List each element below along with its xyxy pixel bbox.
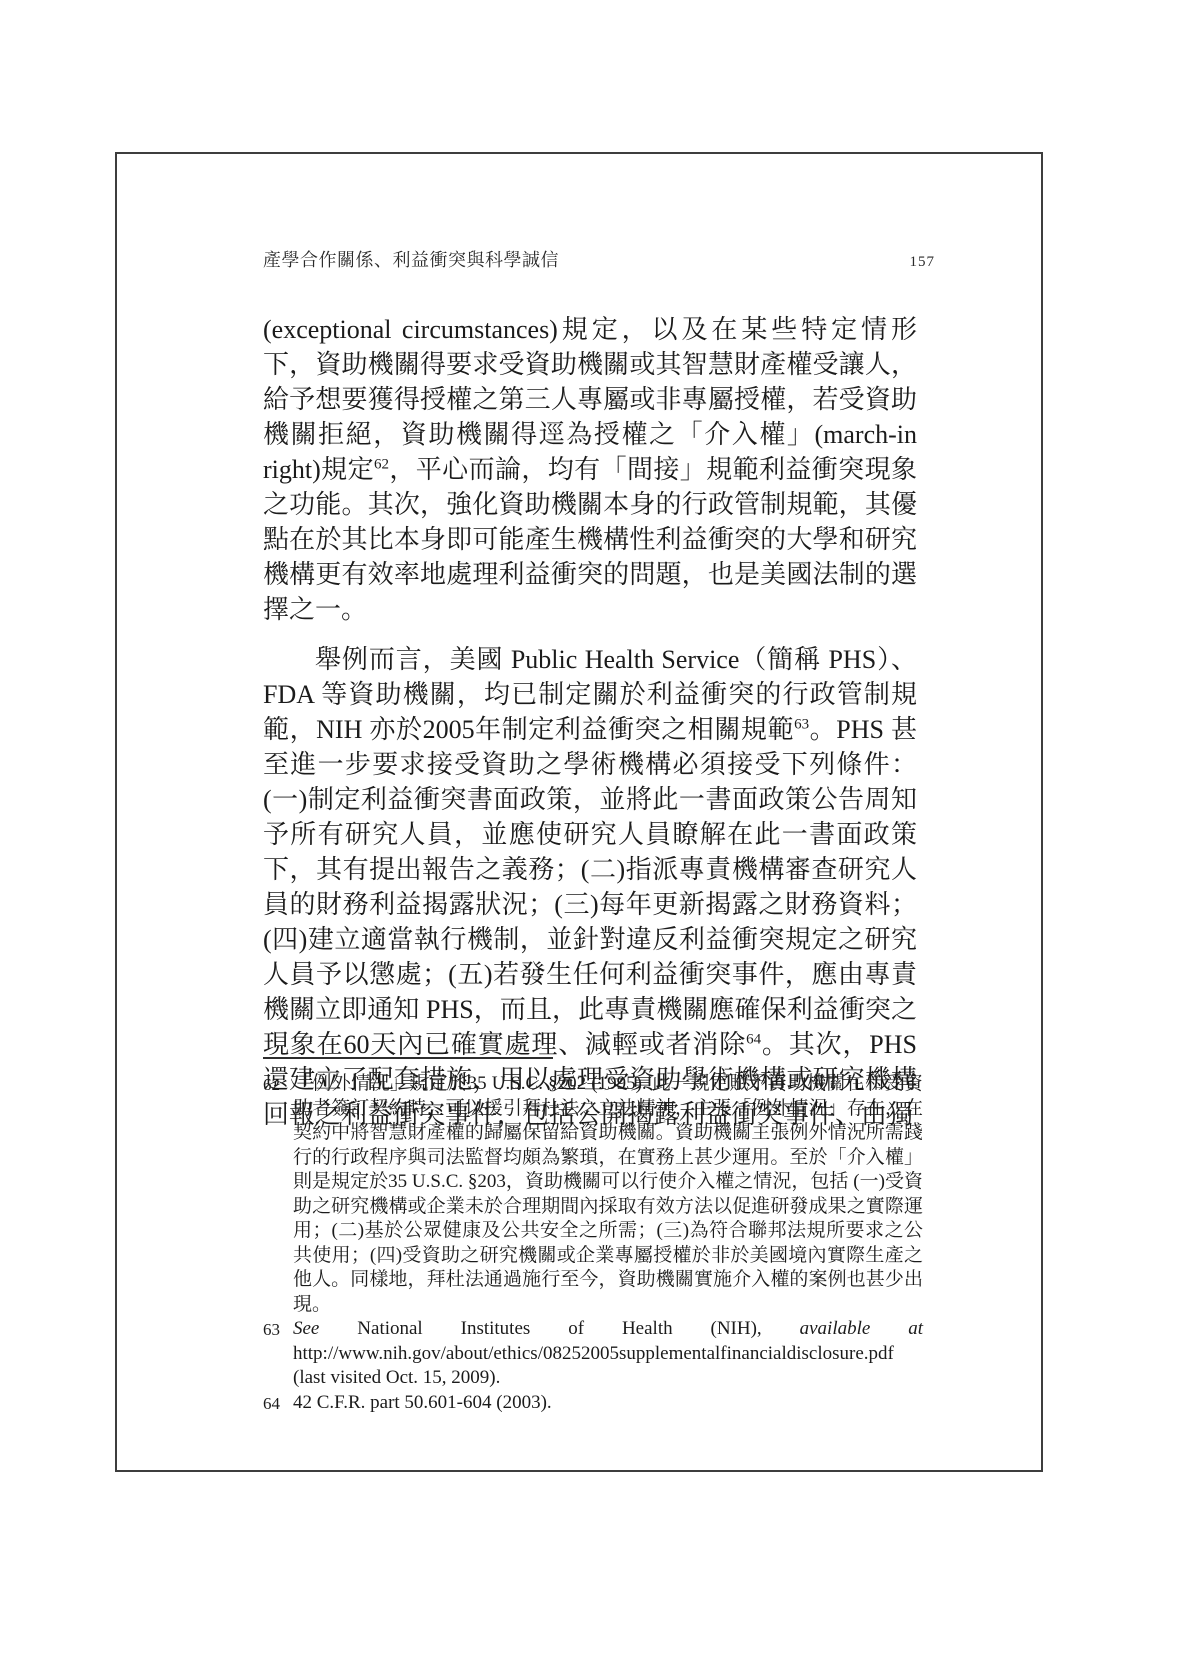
footnote-ref-63: 63 (794, 716, 809, 732)
footnote-number: 62 (263, 1072, 293, 1098)
footnote-62: 62 「例外情況」規定於35 U.S.C. §202 (1995). 此一規定賦… (263, 1072, 923, 1317)
footnote-number: 63 (263, 1317, 293, 1343)
see-signal: See (293, 1318, 319, 1339)
page-number: 157 (910, 254, 936, 271)
available-at-signal: available at (800, 1318, 923, 1339)
footnote-63: 63 See National Institutes of Health (NI… (263, 1317, 923, 1391)
footnote-ref-62: 62 (374, 456, 389, 472)
body-text: (exceptional circumstances)規定，以及在某些特定情形下… (263, 312, 917, 1132)
footnote-number: 64 (263, 1391, 293, 1417)
footnotes-section: 62 「例外情況」規定於35 U.S.C. §202 (1995). 此一規定賦… (263, 1072, 923, 1416)
footnote-text: 42 C.F.R. part 50.601-604 (2003). (293, 1391, 923, 1416)
footnote-separator-rule (263, 1057, 553, 1059)
body-paragraph-1: (exceptional circumstances)規定，以及在某些特定情形下… (263, 312, 917, 627)
footnote-text: 「例外情況」規定於35 U.S.C. §202 (1995). 此一規定賦予資助… (293, 1072, 923, 1317)
page-header: 產學合作關係、利益衝突與科學誠信 157 (263, 246, 935, 272)
footnote-url-text: http://www.nih.gov/about/ethics/08252005… (293, 1343, 894, 1389)
footnote-ref-64: 64 (746, 1031, 761, 1047)
footnote-64: 64 42 C.F.R. part 50.601-604 (2003). (263, 1391, 923, 1417)
running-head-title: 產學合作關係、利益衝突與科學誠信 (263, 246, 559, 272)
paragraph-text: 。PHS 甚至進一步要求接受資助之學術機構必須接受下列條件：(一)制定利益衝突書… (263, 715, 917, 1059)
scanned-page-canvas: 產學合作關係、利益衝突與科學誠信 157 (exceptional circum… (0, 0, 1177, 1664)
page-frame: 產學合作關係、利益衝突與科學誠信 157 (exceptional circum… (115, 152, 1043, 1472)
footnote-text: See National Institutes of Health (NIH),… (293, 1317, 923, 1391)
footnote-citation: National Institutes of Health (NIH), (319, 1318, 799, 1339)
